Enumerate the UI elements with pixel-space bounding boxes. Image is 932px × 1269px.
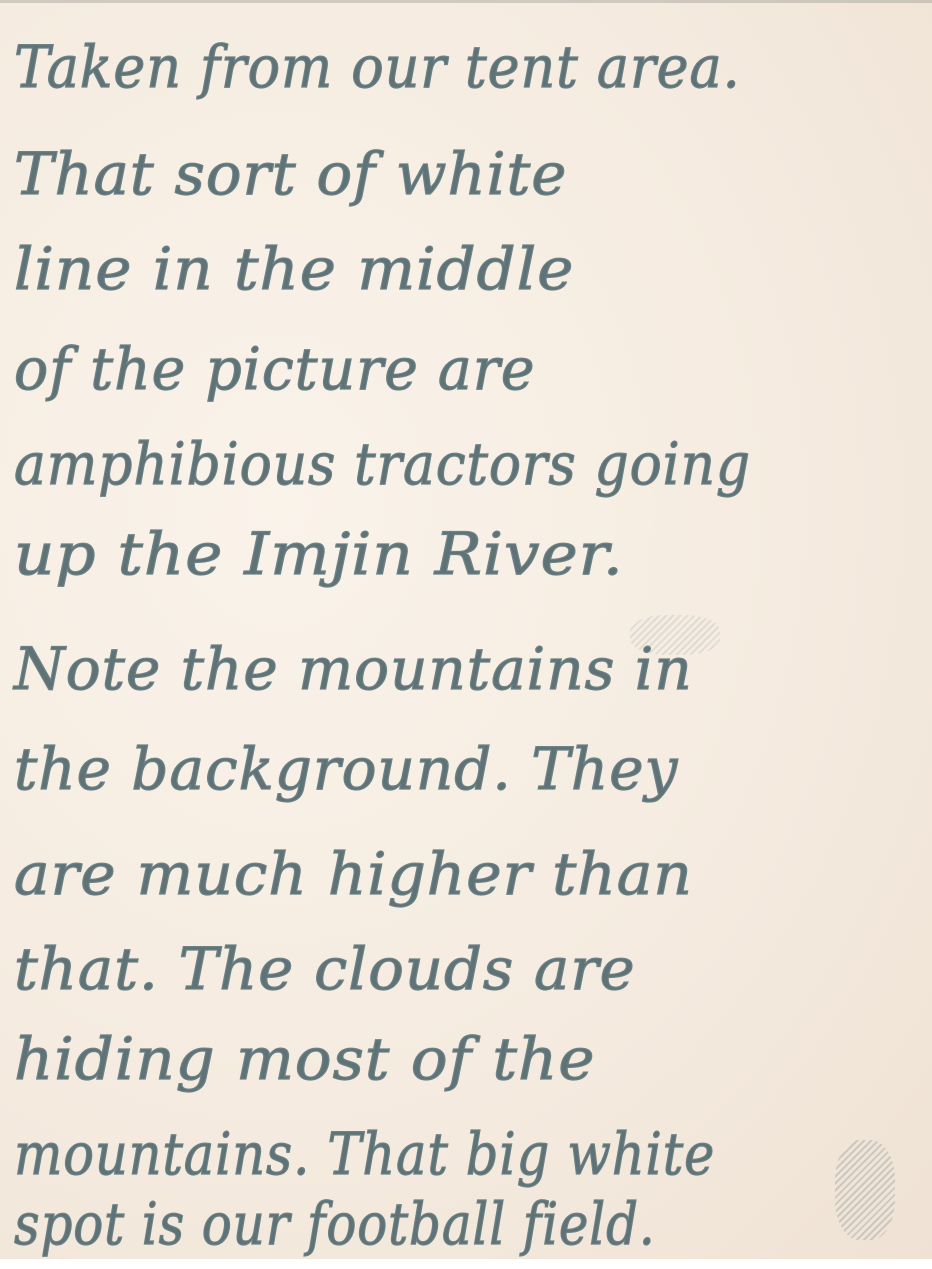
handwritten-note: Taken from our tent area. That sort of w… (0, 0, 932, 1269)
note-line-12: mountains. That big white (14, 1125, 715, 1183)
note-line-8: the background. They (14, 740, 678, 798)
note-line-10: that. The clouds are (14, 940, 636, 998)
note-line-1: Taken from our tent area. (14, 38, 741, 96)
note-line-3: line in the middle (14, 240, 574, 298)
note-line-2: That sort of white (14, 145, 567, 203)
note-line-5: amphibious tractors going (14, 435, 751, 493)
ink-smudge (630, 615, 720, 655)
note-line-4: of the picture are (14, 340, 536, 398)
note-line-7: Note the mountains in (14, 640, 693, 698)
ink-smudge (835, 1140, 895, 1240)
note-line-13: spot is our football field. (14, 1195, 656, 1253)
photo-top-edge (0, 0, 932, 3)
note-line-9: are much higher than (14, 845, 693, 903)
note-line-11: hiding most of the (14, 1030, 595, 1088)
note-line-6: up the Imjin River. (14, 525, 624, 583)
